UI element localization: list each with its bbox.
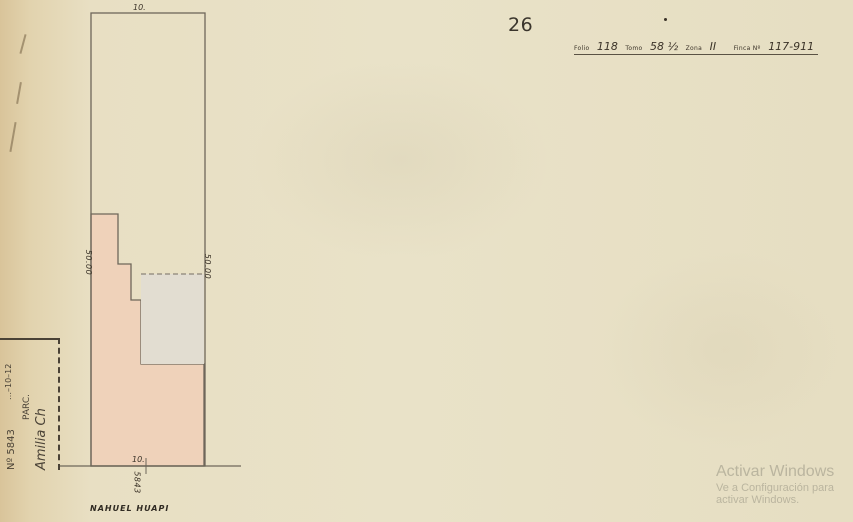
stamp-parcel-label: PARC. [22,394,32,420]
dimension-left: 50.00 [84,250,93,275]
house-number: 5843 [133,471,142,493]
open-area-shaded [141,274,204,364]
dimension-right: 50.00 [203,254,212,279]
dimension-top: 10. [133,3,146,12]
dimension-bottom: 10. [132,455,145,464]
lot-plan [60,13,241,474]
street-name: NAHUEL HUAPI [90,504,169,513]
windows-activation-watermark: Activar Windows Ve a Configuración para … [716,463,853,506]
stamp-signature: Amilia Ch [34,408,49,470]
lot-plan-drawing [0,0,853,522]
watermark-line1: Activar Windows [716,463,853,481]
watermark-line2: Ve a Configuración para activar Windows. [716,482,853,506]
stamp-number: Nº 5843 [6,429,17,470]
stamp-top-text: …–10–12 [4,364,13,400]
